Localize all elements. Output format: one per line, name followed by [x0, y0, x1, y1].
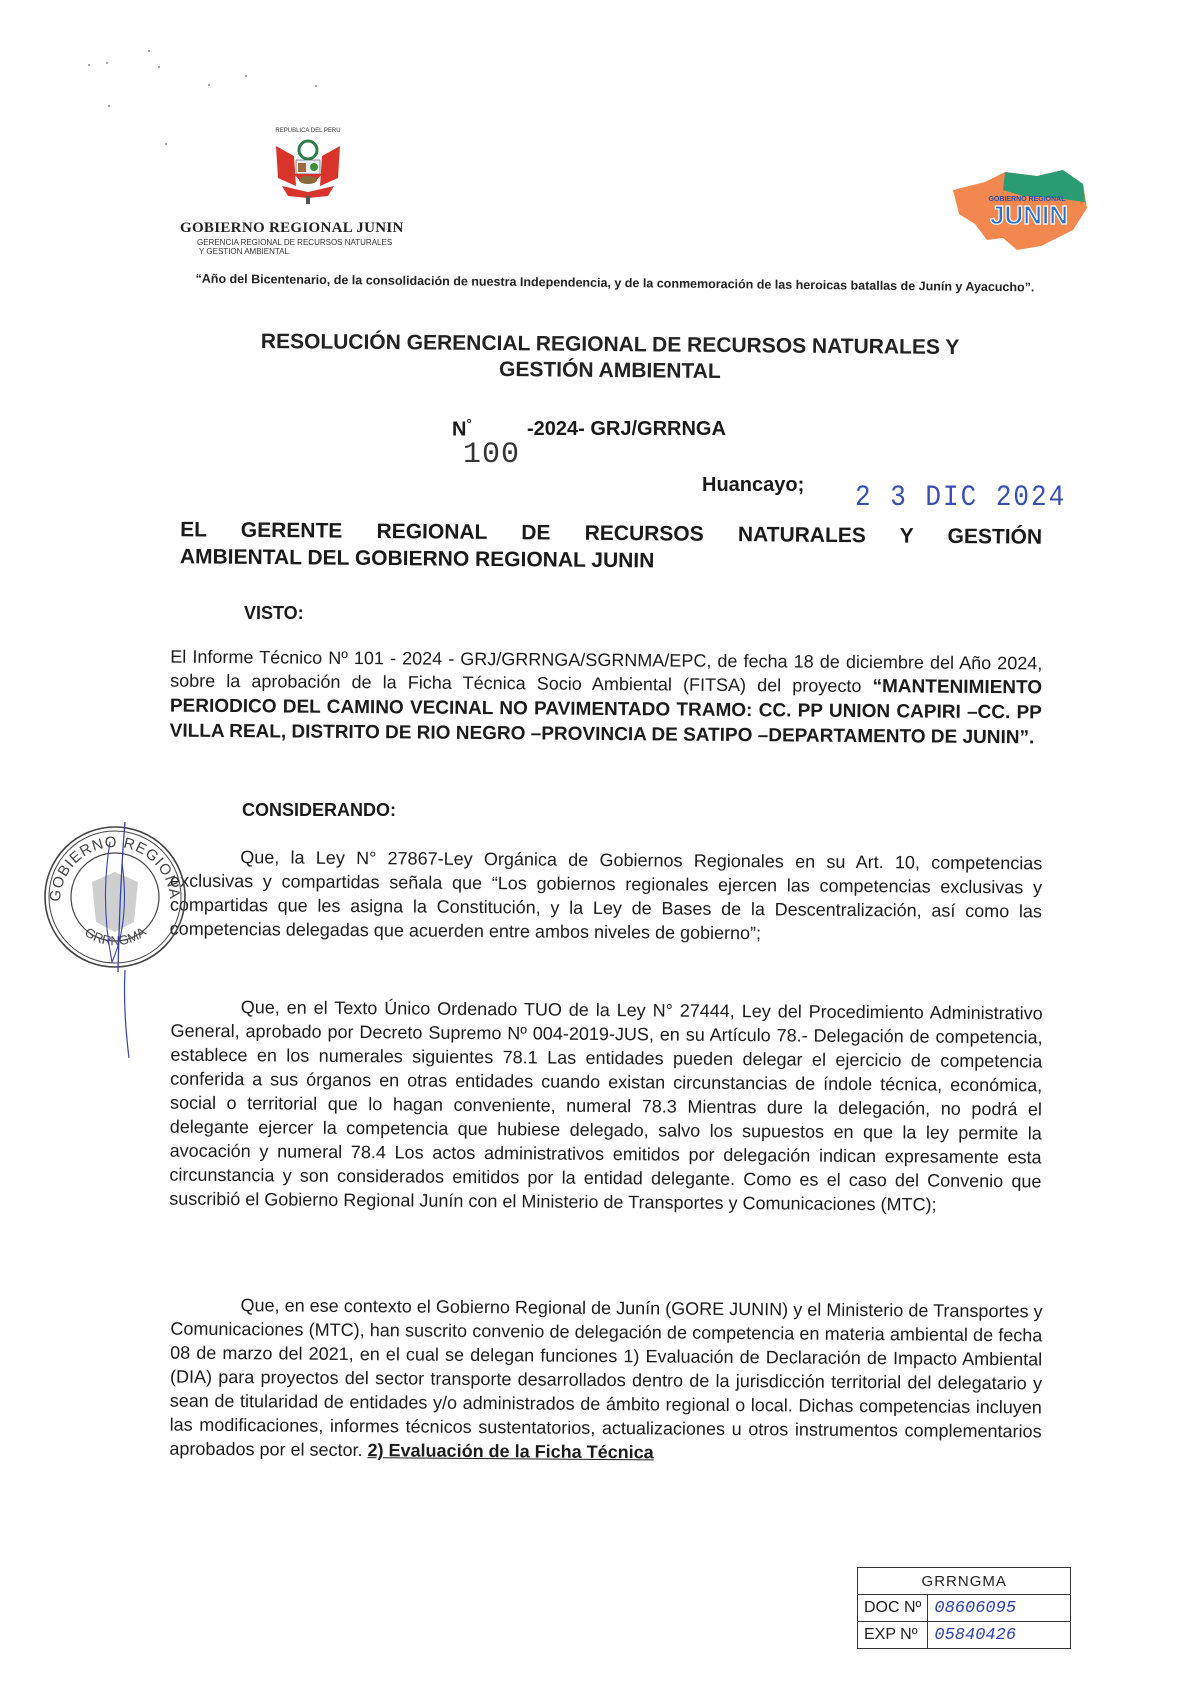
- registry-doc-number: 08606095: [928, 1595, 1071, 1622]
- considerando-paragraph-1: Que, la Ley N° 27867-Ley Orgánica de Gob…: [170, 845, 1043, 948]
- year-motto: “Año del Bicentenario, de la consolidaci…: [180, 271, 1050, 295]
- paragraph-3-underlined: 2) Evaluación de la Ficha Técnica: [367, 1440, 653, 1462]
- number-degree: °: [466, 416, 471, 431]
- svg-text:JUNIN: JUNIN: [990, 200, 1068, 230]
- authority-line2: AMBIENTAL DEL GOBIERNO REGIONAL JUNIN: [180, 545, 655, 572]
- organization-subtitle: GERENCIA REGIONAL DE RECURSOS NATURALES …: [197, 238, 392, 256]
- considerando-paragraph-3: Que, en ese contexto el Gobierno Regiona…: [169, 1293, 1042, 1468]
- visto-heading: VISTO:: [244, 603, 304, 624]
- paragraph-3-text: Que, en ese contexto el Gobierno Regiona…: [169, 1295, 1042, 1460]
- resolution-number-suffix: -2024- GRJ/GRRNGA: [527, 418, 726, 441]
- org-sub-line2: Y GESTION AMBIENTAL: [197, 247, 392, 256]
- place-label: Huancayo;: [702, 474, 804, 497]
- visto-paragraph: El Informe Técnico Nº 101 - 2024 - GRJ/G…: [170, 645, 1043, 751]
- organization-name: GOBIERNO REGIONAL JUNIN: [180, 220, 404, 237]
- considerando-heading: CONSIDERANDO:: [242, 800, 396, 821]
- gobierno-regional-junin-logo: GOBIERNO REGIONAL JUNIN: [945, 168, 1090, 253]
- resolution-title: RESOLUCIÓN GERENCIAL REGIONAL DE RECURSO…: [170, 328, 1050, 388]
- svg-text:REPUBLICA DEL PERU: REPUBLICA DEL PERU: [275, 128, 340, 134]
- registry-header: GRRNGMA: [858, 1568, 1071, 1595]
- registry-label: EXP Nº: [858, 1622, 928, 1649]
- paragraph-1-text: Que, la Ley N° 27867-Ley Orgánica de Gob…: [170, 847, 1043, 943]
- date-stamp: 2 3 DIC 2024: [855, 480, 1066, 515]
- org-sub-line1: GERENCIA REGIONAL DE RECURSOS NATURALES: [197, 238, 392, 247]
- registry-exp-number: 05840426: [928, 1622, 1071, 1649]
- considerando-paragraph-2: Que, en el Texto Único Ordenado TUO de l…: [169, 995, 1043, 1218]
- issuing-authority: EL GERENTE REGIONAL DE RECURSOS NATURALE…: [180, 516, 1042, 578]
- peru-coat-of-arms-icon: REPUBLICA DEL PERU: [268, 120, 348, 208]
- resolution-number-stamp: 100: [463, 438, 520, 472]
- registry-row: DOC Nº 08606095: [858, 1595, 1071, 1622]
- signature-stroke: [95, 800, 155, 1060]
- registry-box: GRRNGMA DOC Nº 08606095 EXP Nº 05840426: [857, 1567, 1071, 1649]
- registry-row: EXP Nº 05840426: [858, 1622, 1071, 1649]
- paragraph-2-text: Que, en el Texto Único Ordenado TUO de l…: [169, 997, 1043, 1214]
- registry-label: DOC Nº: [858, 1595, 928, 1622]
